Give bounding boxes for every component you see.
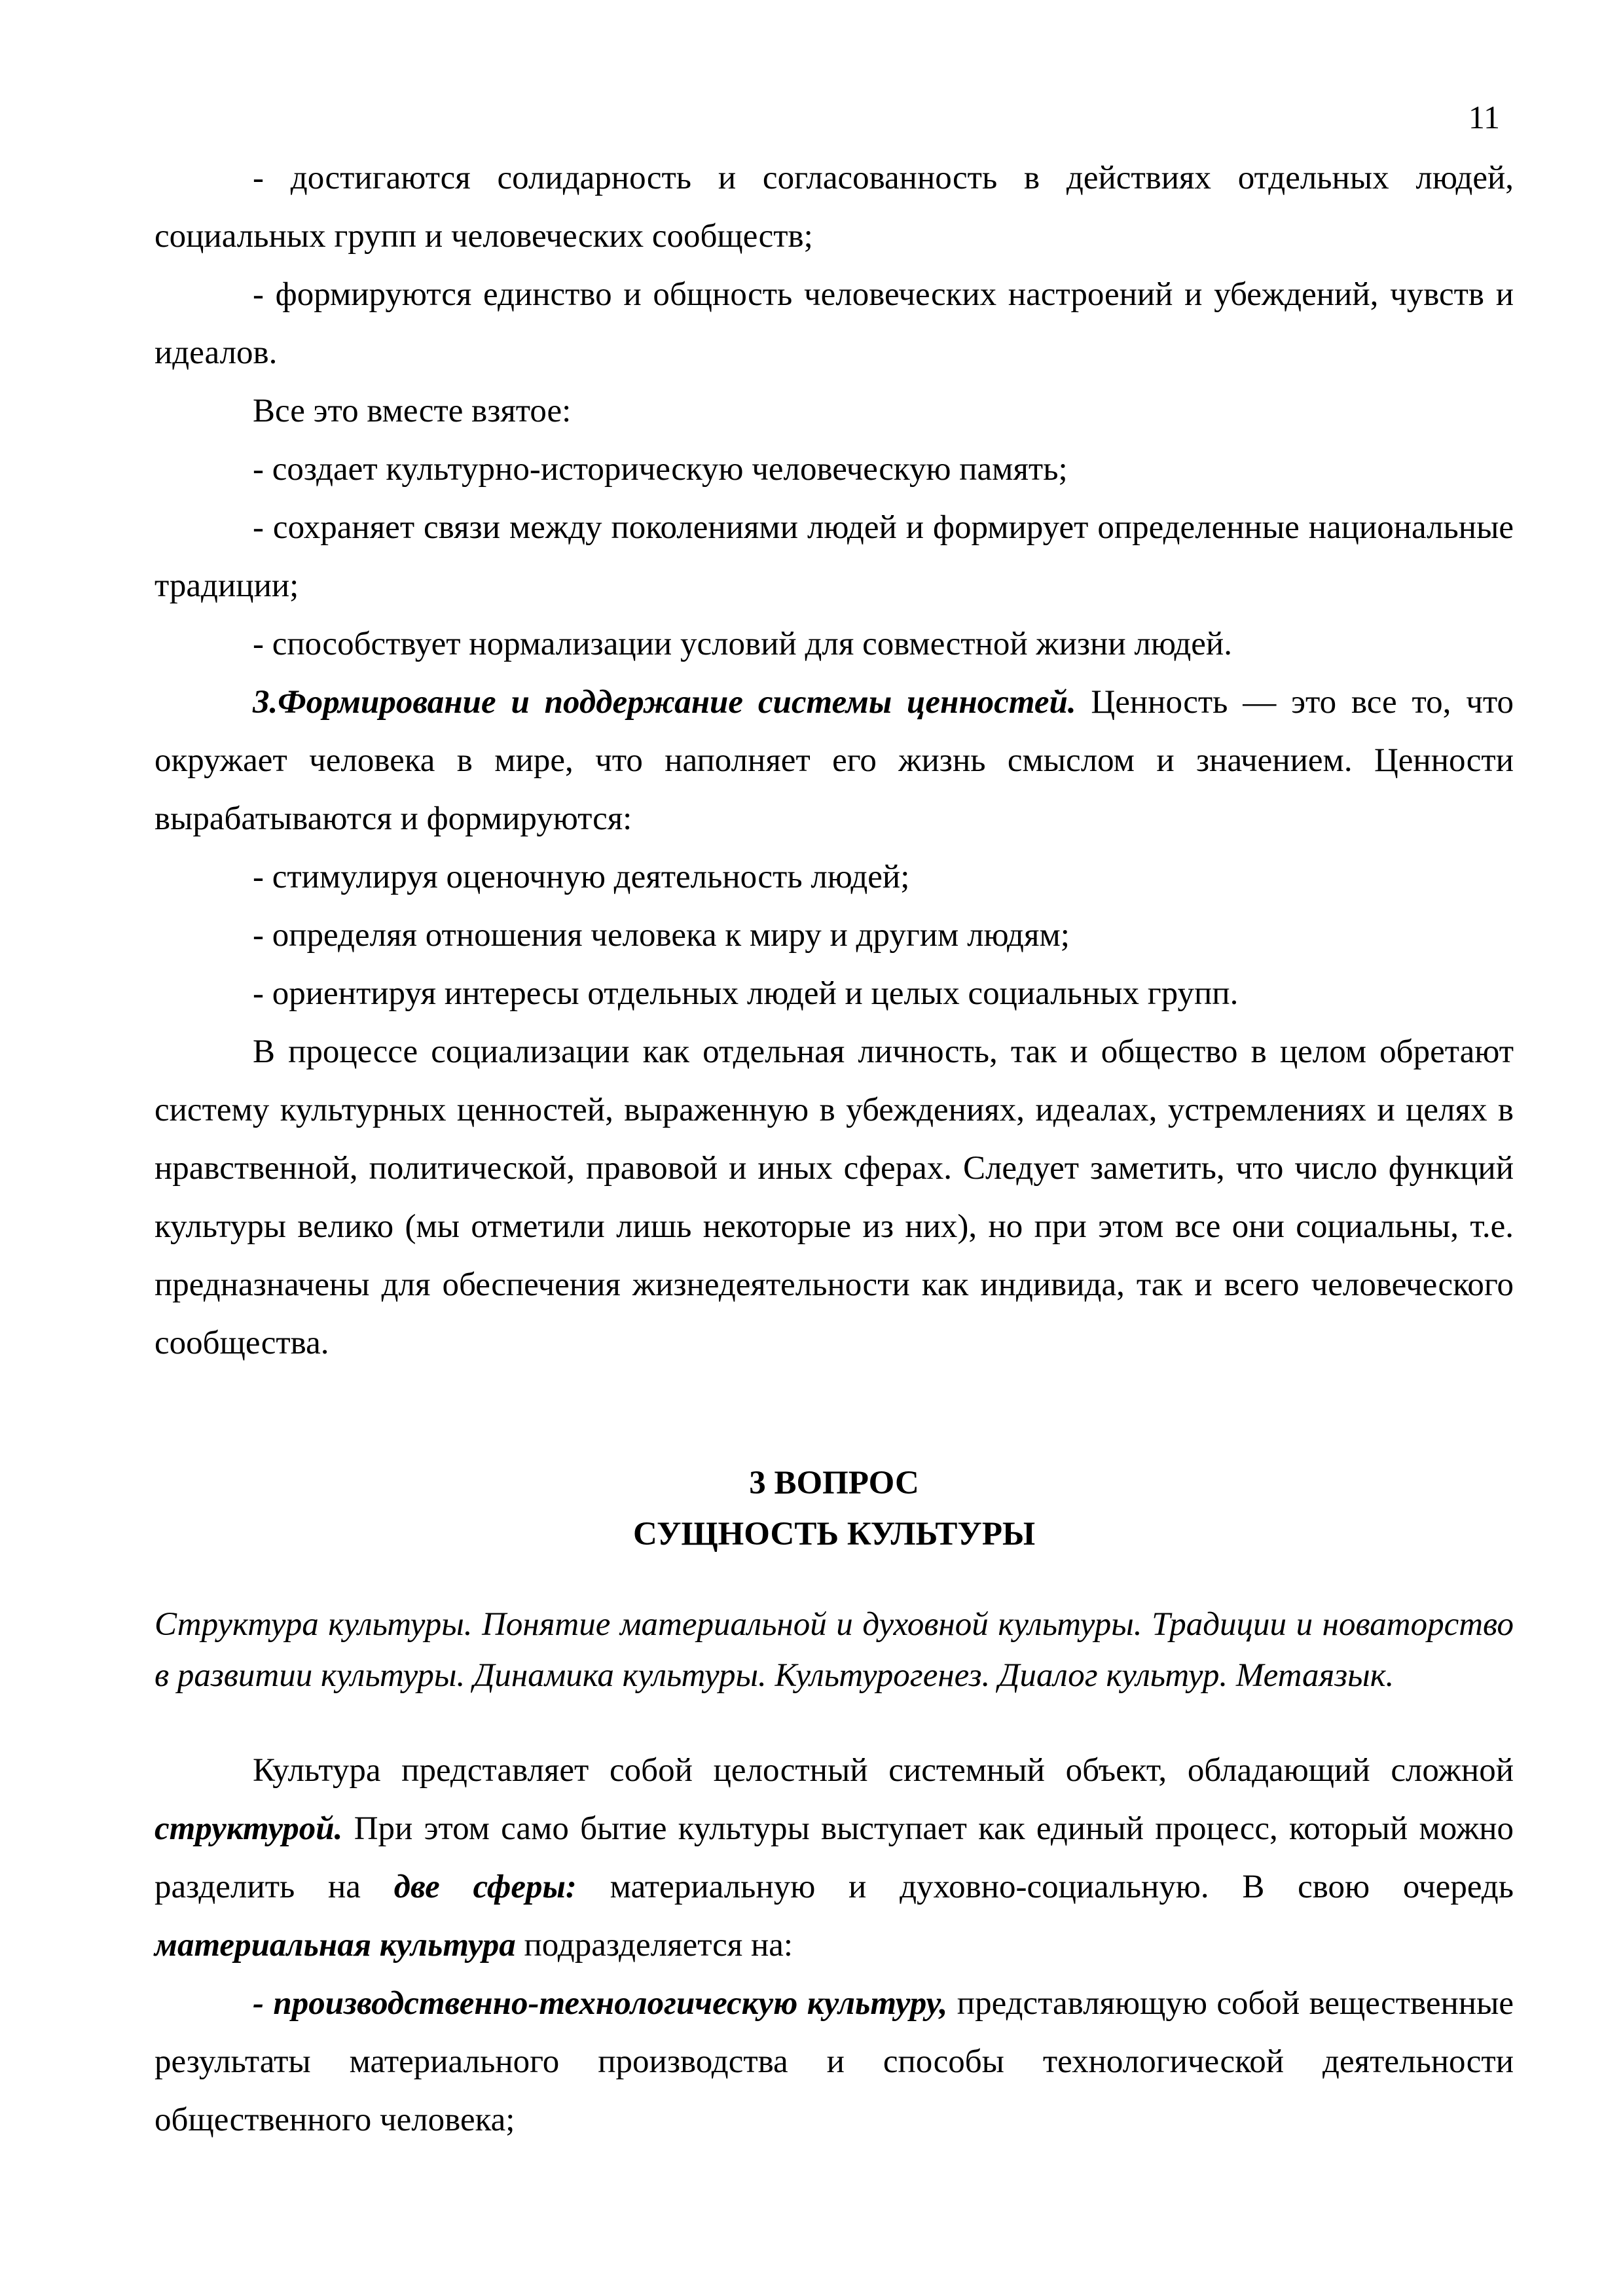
list-item: - способствует нормализации условий для … xyxy=(155,615,1514,673)
paragraph: В процессе социализации как отдельная ли… xyxy=(155,1023,1514,1372)
section-subtitle: Структура культуры. Понятие материальной… xyxy=(155,1599,1514,1701)
emphasis-heading: 3.Формирование и поддержание системы цен… xyxy=(253,684,1076,721)
text: подразделяется на: xyxy=(516,1927,793,1964)
section-heading: 3 ВОПРОС СУЩНОСТЬ КУЛЬТУРЫ xyxy=(155,1458,1514,1560)
list-item: - достигаются солидарность и согласованн… xyxy=(155,149,1514,266)
section-number: 3 ВОПРОС xyxy=(155,1458,1514,1509)
page-number: 11 xyxy=(1468,98,1500,136)
list-item: - производственно-технологическую культу… xyxy=(155,1975,1514,2149)
list-item: - ориентируя интересы отдельных людей и … xyxy=(155,965,1514,1023)
paragraph: Все это вместе взятое: xyxy=(155,382,1514,440)
list-item: - создает культурно-историческую человеч… xyxy=(155,440,1514,499)
paragraph: Культура представляет собой целостный си… xyxy=(155,1742,1514,1975)
emphasis: материальная культура xyxy=(155,1927,516,1964)
list-item: - формируются единство и общность челове… xyxy=(155,266,1514,382)
list-item: - определяя отношения человека к миру и … xyxy=(155,906,1514,965)
emphasis: - производственно-технологическую культу… xyxy=(253,1985,947,2022)
section-title: СУЩНОСТЬ КУЛЬТУРЫ xyxy=(155,1509,1514,1560)
document-body: - достигаются солидарность и согласованн… xyxy=(155,149,1514,2149)
list-item: - стимулируя оценочную деятельность люде… xyxy=(155,848,1514,906)
text: материальную и духовно-социальную. В сво… xyxy=(577,1869,1514,1905)
values-paragraph: 3.Формирование и поддержание системы цен… xyxy=(155,673,1514,848)
emphasis: структурой. xyxy=(155,1810,342,1847)
emphasis: две сферы: xyxy=(394,1869,577,1905)
text: Культура представляет собой целостный си… xyxy=(253,1752,1514,1789)
list-item: - сохраняет связи между поколениями люде… xyxy=(155,499,1514,615)
